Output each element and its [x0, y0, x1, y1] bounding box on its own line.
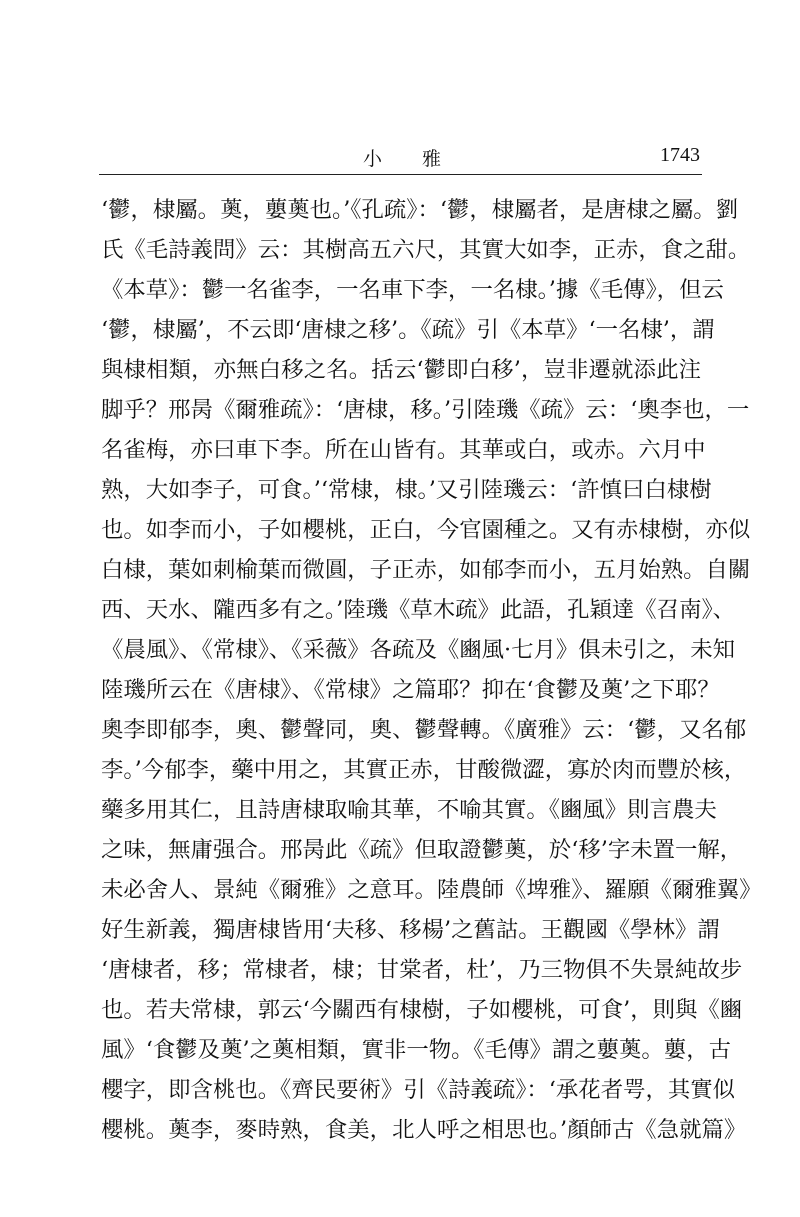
- text-line: 好生新義，獨唐棣皆用‘夫移、移楊’之舊詁。王觀國《學林》謂: [101, 910, 701, 950]
- book-page: 小雅 1743 ‘鬱，棣屬。薁，蘡薁也。’《孔疏》：‘鬱，棣屬者，是唐棣之屬。劉…: [0, 0, 800, 1217]
- text-line: 櫻字，即含桃也。《齊民要術》引《詩義疏》：‘承花者咢，其實似: [101, 1070, 701, 1110]
- text-line: 白棣，葉如刺榆葉而微圓，子正赤，如郁李而小，五月始熟。自關: [101, 550, 701, 590]
- text-line: ‘鬱，棣屬。薁，蘡薁也。’《孔疏》：‘鬱，棣屬者，是唐棣之屬。劉: [101, 190, 701, 230]
- body-text: ‘鬱，棣屬。薁，蘡薁也。’《孔疏》：‘鬱，棣屬者，是唐棣之屬。劉 氏《毛詩義問》…: [101, 190, 701, 1150]
- text-line: 熟，大如李子，可食。’‘常棣，棣。’又引陸璣云：‘許慎曰白棣樹: [101, 470, 701, 510]
- text-line: 李。’今郁李，藥中用之，其實正赤，甘酸微澀，寡於肉而豐於核，: [101, 750, 701, 790]
- text-line: 西、天水、隴西多有之。’陸璣《草木疏》此語，孔穎達《召南》、: [101, 590, 701, 630]
- page-number: 1743: [660, 144, 700, 167]
- text-line: 奧李即郁李，奧、鬱聲同，奧、鬱聲轉。《廣雅》云：‘鬱，又名郁: [101, 710, 701, 750]
- text-line: 陸璣所云在《唐棣》、《常棣》之篇耶？抑在‘食鬱及薁’之下耶？: [101, 670, 701, 710]
- text-line: 《晨風》、《常棣》、《采薇》各疏及《豳風·七月》俱未引之，未知: [101, 630, 701, 670]
- text-line: 名雀梅，亦曰車下李。所在山皆有。其華或白，或赤。六月中: [101, 430, 701, 470]
- text-line: 藥多用其仁，且詩唐棣取喻其華，不喻其實。《豳風》則言農夫: [101, 790, 701, 830]
- header-rule: [99, 174, 702, 175]
- text-line: 脚乎？邢昺《爾雅疏》：‘唐棣，移。’引陸璣《疏》云：‘奧李也，一: [101, 390, 701, 430]
- text-line: ‘鬱，棣屬’，不云即‘唐棣之移’。《疏》引《本草》‘一名棣’，謂: [101, 310, 701, 350]
- running-title: 小雅: [102, 144, 702, 171]
- text-line: 也。若夫常棣，郭云‘今關西有棣樹，子如櫻桃，可食’，則與《豳: [101, 990, 701, 1030]
- text-line: 櫻桃。薁李，麥時熟，食美，北人呼之相思也。’顏師古《急就篇》: [101, 1110, 701, 1150]
- running-head: 小雅 1743: [102, 140, 702, 176]
- text-line: 風》‘食鬱及薁’之薁相類，實非一物。《毛傳》謂之蘡薁。蘡，古: [101, 1030, 701, 1070]
- text-line: 之味，無庸强合。邢昺此《疏》但取證鬱薁，於‘移’字未置一解，: [101, 830, 701, 870]
- text-line: 《本草》：鬱一名雀李，一名車下李，一名棣。’據《毛傳》，但云: [101, 270, 701, 310]
- text-line: 氏《毛詩義問》云：其樹高五六尺，其實大如李，正赤，食之甜。: [101, 230, 701, 270]
- text-line: 也。如李而小，子如櫻桃，正白，今官園種之。又有赤棣樹，亦似: [101, 510, 701, 550]
- text-line: 與棣相類，亦無白移之名。括云‘鬱即白移’，豈非遷就添此注: [101, 350, 701, 390]
- text-line: 未必舍人、景純《爾雅》之意耳。陸農師《埤雅》、羅願《爾雅翼》: [101, 870, 701, 910]
- text-line: ‘唐棣者，移；常棣者，棣；甘棠者，杜’，乃三物俱不失景純故步: [101, 950, 701, 990]
